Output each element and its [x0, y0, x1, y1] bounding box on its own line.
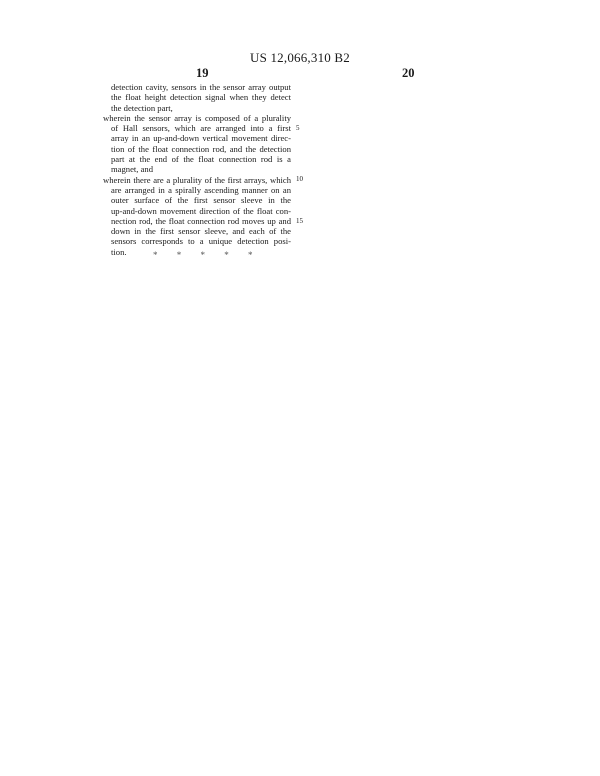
- text-line: array in an up-and-down vertical movemen…: [103, 133, 291, 143]
- text-line: down in the first sensor sleeve, and eac…: [103, 226, 291, 236]
- claim-text-column: detection cavity, sensors in the sensor …: [103, 82, 291, 257]
- text-line: wherein there are a plurality of the fir…: [103, 175, 291, 185]
- text-line: outer surface of the first sensor sleeve…: [103, 195, 291, 205]
- text-line: nection rod, the float connection rod mo…: [103, 216, 291, 226]
- text-line: tion of the float connection rod, and th…: [103, 144, 291, 154]
- text-line: sensors corresponds to a unique detectio…: [103, 236, 291, 246]
- text-line: are arranged in a spirally ascending man…: [103, 185, 291, 195]
- text-line: of Hall sensors, which are arranged into…: [103, 123, 291, 133]
- column-number-right: 20: [402, 66, 415, 81]
- end-of-document-marker: * * * * *: [153, 250, 261, 260]
- line-number: 10: [296, 175, 303, 183]
- line-number: 5: [296, 124, 300, 132]
- text-line: the detection part,: [103, 103, 291, 113]
- patent-number: US 12,066,310 B2: [0, 50, 600, 66]
- text-line: the float height detection signal when t…: [103, 92, 291, 102]
- text-line: up-and-down movement direction of the fl…: [103, 206, 291, 216]
- column-number-left: 19: [196, 66, 209, 81]
- text-line: part at the end of the float connection …: [103, 154, 291, 164]
- text-line: wherein the sensor array is composed of …: [103, 113, 291, 123]
- line-number: 15: [296, 217, 303, 225]
- text-line: magnet, and: [103, 164, 291, 174]
- text-line: detection cavity, sensors in the sensor …: [103, 82, 291, 92]
